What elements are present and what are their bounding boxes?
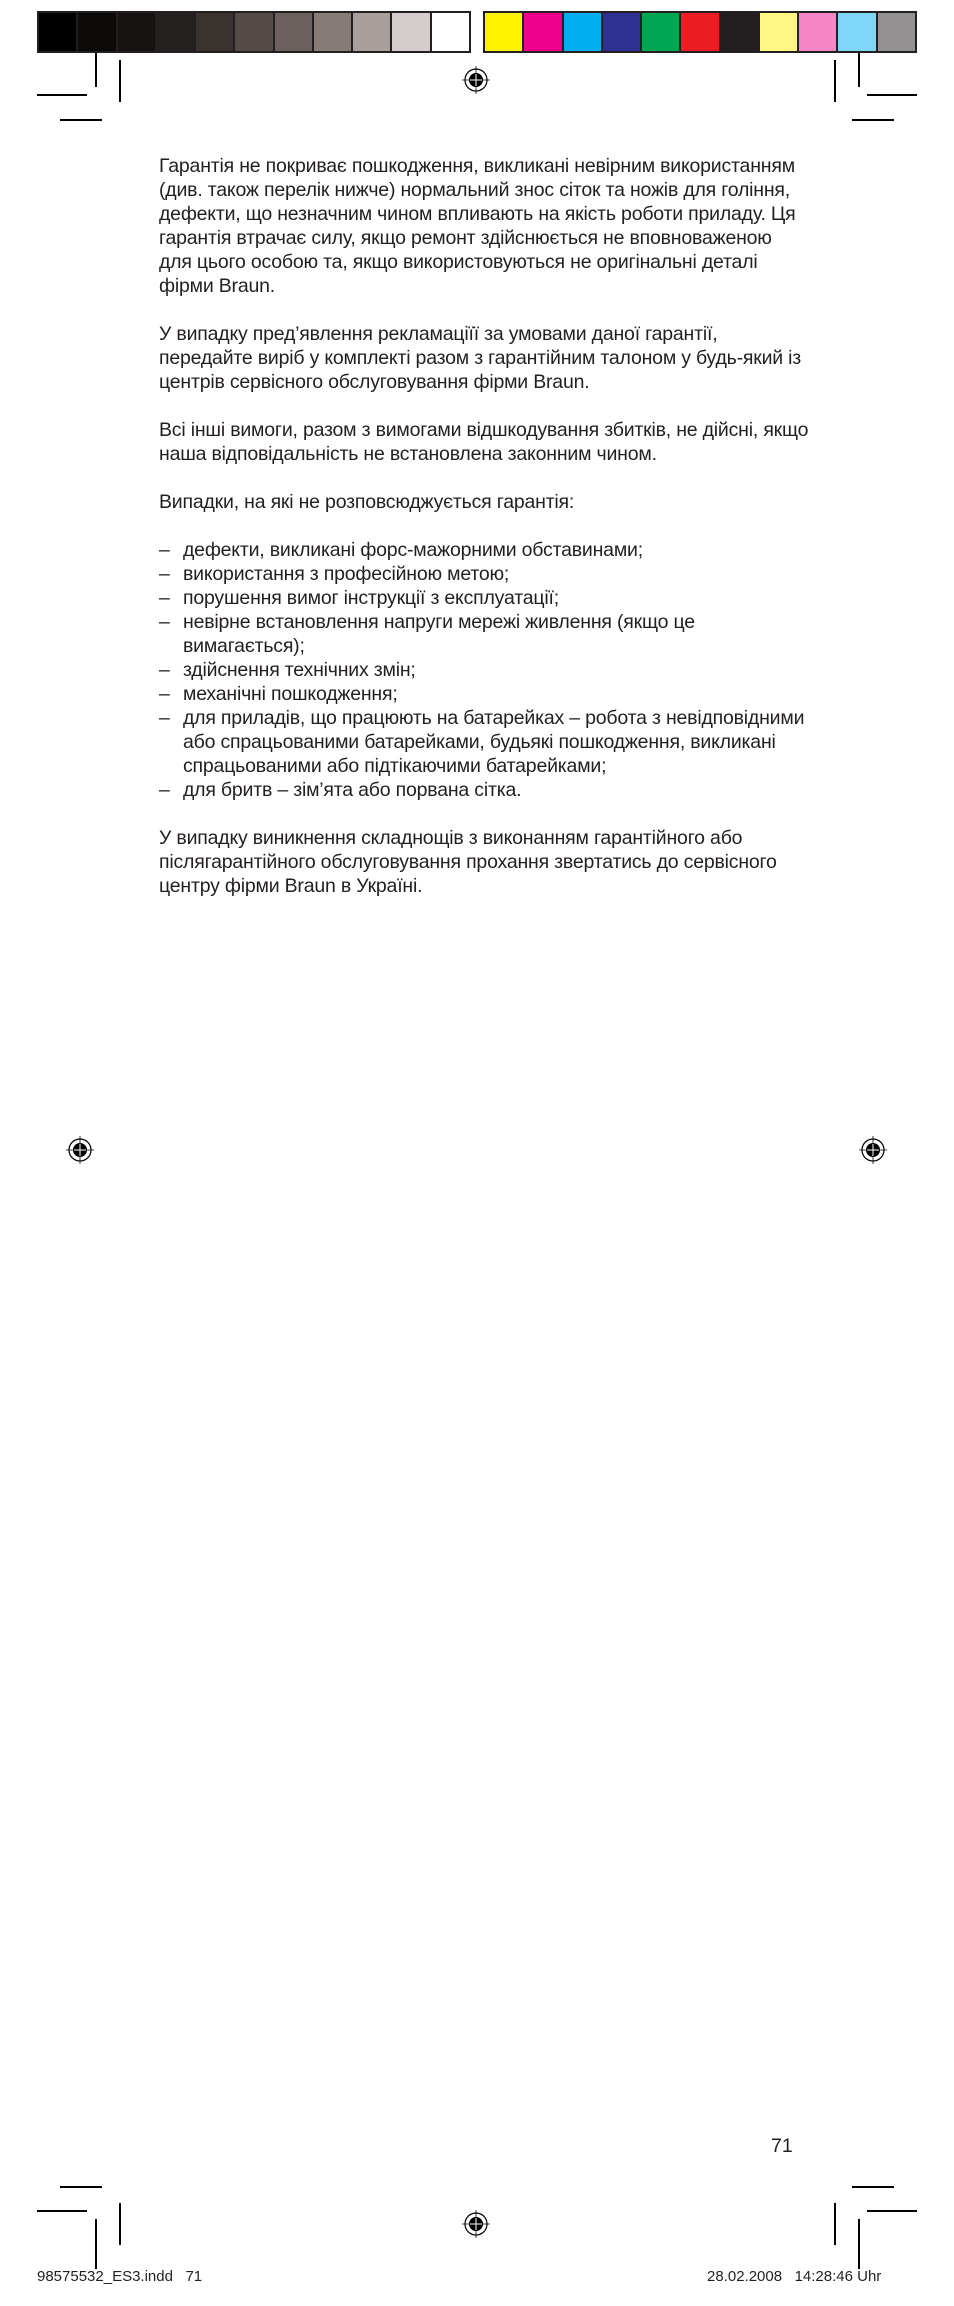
list-dash: – xyxy=(159,610,170,634)
crop-mark xyxy=(858,53,860,87)
color-swatch xyxy=(432,13,469,51)
color-swatch xyxy=(524,13,561,51)
list-dash: – xyxy=(159,706,170,730)
crop-mark xyxy=(95,2219,97,2269)
crop-mark xyxy=(37,2210,87,2212)
color-swatch xyxy=(760,13,797,51)
exclusions-heading: Випадки, на які не розповсюджується гара… xyxy=(159,490,809,514)
exclusion-item: –невірне встановлення напруги мережі жив… xyxy=(159,610,809,658)
color-swatch xyxy=(118,13,155,51)
crop-mark xyxy=(119,2203,121,2245)
crop-mark xyxy=(867,2210,917,2212)
list-dash: – xyxy=(159,562,170,586)
process-color-bar xyxy=(483,11,917,53)
crop-mark xyxy=(119,60,121,102)
page-number: 71 xyxy=(771,2135,793,2158)
registration-mark-icon xyxy=(461,65,491,95)
color-swatch xyxy=(196,13,233,51)
color-swatch xyxy=(799,13,836,51)
exclusion-item: –для бритв – зім’ята або порвана сітка. xyxy=(159,778,809,802)
color-swatch xyxy=(642,13,679,51)
exclusion-item: –дефекти, викликані форс-мажорними обста… xyxy=(159,538,809,562)
paragraph-other-claims: Всі інші вимоги, разом з вимогами відшко… xyxy=(159,418,809,466)
list-dash: – xyxy=(159,538,170,562)
color-swatch xyxy=(314,13,351,51)
list-dash: – xyxy=(159,658,170,682)
exclusion-text: здійснення технічних змін; xyxy=(183,659,416,681)
color-swatch xyxy=(78,13,115,51)
crop-mark xyxy=(60,119,102,121)
exclusion-text: для бритв – зім’ята або порвана сітка. xyxy=(183,779,521,801)
color-swatch xyxy=(235,13,272,51)
slug-timestamp: 28.02.2008 14:28:46 Uhr xyxy=(707,2268,881,2285)
crop-mark xyxy=(852,119,894,121)
crop-mark xyxy=(834,2203,836,2245)
exclusion-item: –для приладів, що працюють на батарейках… xyxy=(159,706,809,778)
exclusion-text: механічні пошкодження; xyxy=(183,683,398,705)
crop-mark xyxy=(60,2186,102,2188)
list-dash: – xyxy=(159,778,170,802)
warranty-text: Гарантія не покриває пошкодження, виклик… xyxy=(159,154,809,922)
crop-mark xyxy=(37,94,87,96)
color-swatch xyxy=(275,13,312,51)
crop-mark xyxy=(858,2219,860,2269)
exclusion-text: невірне встановлення напруги мережі живл… xyxy=(183,611,695,657)
exclusion-text: порушення вимог інструкції з експлуатаці… xyxy=(183,587,559,609)
color-swatch xyxy=(603,13,640,51)
exclusion-item: –механічні пошкодження; xyxy=(159,682,809,706)
list-dash: – xyxy=(159,682,170,706)
color-swatch xyxy=(838,13,875,51)
crop-mark xyxy=(852,2186,894,2188)
color-swatch xyxy=(564,13,601,51)
exclusions-list: –дефекти, викликані форс-мажорними обста… xyxy=(159,538,809,802)
color-swatch xyxy=(681,13,718,51)
grayscale-color-bar xyxy=(37,11,471,53)
paragraph-coverage: Гарантія не покриває пошкодження, виклик… xyxy=(159,154,809,298)
exclusion-item: –здійснення технічних змін; xyxy=(159,658,809,682)
color-swatch xyxy=(353,13,390,51)
registration-mark-icon xyxy=(65,1135,95,1165)
paragraph-claims: У випадку пред’явлення рекламаціїї за ум… xyxy=(159,322,809,394)
color-swatch xyxy=(157,13,194,51)
crop-mark xyxy=(95,53,97,87)
registration-mark-icon xyxy=(461,2209,491,2239)
exclusion-text: використання з професійною метою; xyxy=(183,563,509,585)
list-dash: – xyxy=(159,586,170,610)
color-swatch xyxy=(878,13,915,51)
registration-mark-icon xyxy=(858,1135,888,1165)
exclusion-item: –використання з професійною метою; xyxy=(159,562,809,586)
crop-mark xyxy=(834,60,836,102)
crop-mark xyxy=(867,94,917,96)
exclusion-item: –порушення вимог інструкції з експлуатац… xyxy=(159,586,809,610)
paragraph-closing: У випадку виникнення складнощів з викона… xyxy=(159,826,809,898)
exclusion-text: для приладів, що працюють на батарейках … xyxy=(183,707,804,777)
color-swatch xyxy=(392,13,429,51)
exclusion-text: дефекти, викликані форс-мажорними обстав… xyxy=(183,539,643,561)
color-swatch xyxy=(485,13,522,51)
color-swatch xyxy=(721,13,758,51)
color-swatch xyxy=(39,13,76,51)
slug-file: 98575532_ES3.indd 71 xyxy=(37,2268,202,2285)
